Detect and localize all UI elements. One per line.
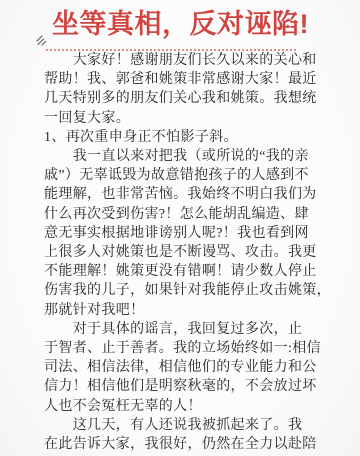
post-body: 大家好！感谢朋友们长久以来的关心和 帮助！我、郭爸和姚策非常感谢大家！最近 几天… (44, 51, 326, 454)
post-title: 坐等真相，反对诬陷! (52, 6, 312, 42)
paragraph-rumors-stance: 对于具体的谣言，我回复过多次，止 于智者、止于善者。我的立场始终如一:相信 司法… (44, 320, 326, 416)
paragraph-status-update: 这几天，有人还说我被抓起来了。我 在此告诉大家，我很好，仍然在全力以赴陪 (44, 416, 326, 454)
section-heading-1: 1、再次重申身正不怕影子斜。 (44, 128, 326, 147)
paragraph-defamation-response: 我一直以来对把我（或所说的“我的亲 戚”）无辜诋毁为故意错抱孩子的人感到不 能理… (44, 147, 326, 320)
statement-post-image: 坐等真相，反对诬陷! 大家好！感谢朋友们长久以来的关心和 帮助！我、郭爸和姚策非… (0, 0, 360, 456)
paragraph-greeting: 大家好！感谢朋友们长久以来的关心和 帮助！我、郭爸和姚策非常感谢大家！最近 几天… (44, 51, 326, 128)
post-title-block: 坐等真相，反对诬陷! (52, 6, 312, 42)
title-underline (46, 43, 296, 51)
